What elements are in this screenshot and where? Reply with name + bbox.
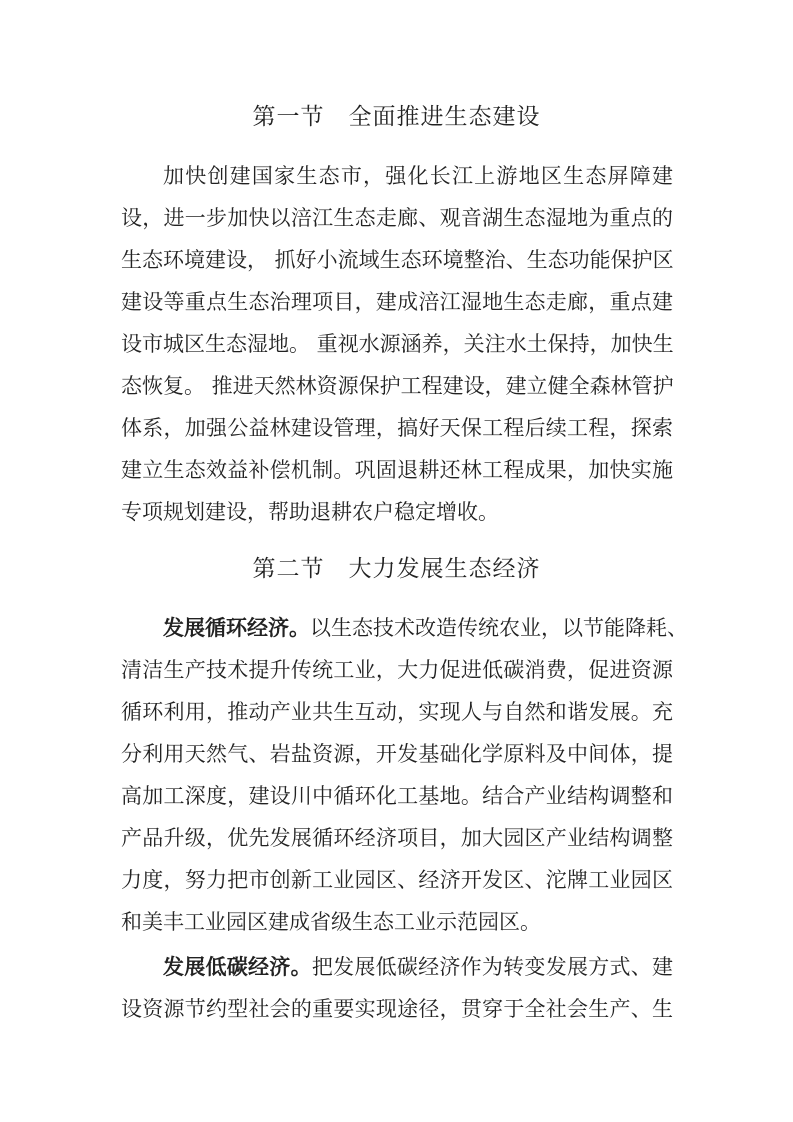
text-line: 设，进一步加快以涪江生态走廊、观音湖生态湿地为重点的 [121, 203, 673, 233]
text-line: 分利用天然气、岩盐资源，开发基础化学原料及中间体，提 [121, 739, 673, 769]
text-line: 加快创建国家生态市，强化长江上游地区生态屏障建 [163, 161, 673, 191]
section-number: 第二节 [253, 556, 325, 582]
text-line: 体系，加强公益林建设管理，搞好天保工程后续工程，探索 [121, 413, 673, 443]
text-line: 建设等重点生态治理项目，建成涪江湿地生态走廊，重点建 [121, 287, 673, 317]
text-line: 清洁生产技术提升传统工业，大力促进低碳消费，促进资源 [121, 655, 673, 685]
text-line: 设资源节约型社会的重要实现途径，贯穿于全社会生产、生 [121, 994, 673, 1024]
text-line: 态恢复。 推进天然林资源保护工程建设，建立健全森林管护 [121, 371, 673, 401]
text-line: 循环利用，推动产业共生互动，实现人与自然和谐发展。充 [121, 697, 673, 727]
paragraph-lead: 发展低碳经济。 [163, 955, 312, 979]
text-line: 高加工深度，建设川中循环化工基地。结合产业结构调整和 [121, 781, 673, 811]
text-line: 力度，努力把市创新工业园区、经济开发区、沱牌工业园区 [121, 865, 673, 895]
text-line: 建立生态效益补偿机制。巩固退耕还林工程成果，加快实施 [121, 455, 673, 485]
text-line: 产品升级，优先发展循环经济项目，加大园区产业结构调整 [121, 823, 673, 853]
document-page: 第一节全面推进生态建设 加快创建国家生态市，强化长江上游地区生态屏障建 设，进一… [0, 0, 793, 1122]
paragraph-text: 把发展低碳经济作为转变发展方式、建 [312, 955, 673, 979]
section-number: 第一节 [253, 104, 325, 130]
text-line: 专项规划建设，帮助退耕农户稳定增收。 [121, 497, 673, 527]
text-line: 生态环境建设， 抓好小流域生态环境整治、生态功能保护区 [121, 245, 673, 275]
section-title: 大力发展生态经济 [349, 556, 541, 582]
section-heading-2: 第二节大力发展生态经济 [0, 554, 793, 584]
paragraph-text: 以生态技术改造传统农业，以节能降耗、 [310, 616, 688, 640]
paragraph-lead: 发展循环经济。 [163, 616, 310, 640]
text-line: 和美丰工业园区建成省级生态工业示范园区。 [121, 907, 673, 937]
text-line: 发展低碳经济。把发展低碳经济作为转变发展方式、建 [163, 952, 673, 982]
section-heading-1: 第一节全面推进生态建设 [0, 102, 793, 132]
text-line: 设市城区生态湿地。 重视水源涵养，关注水土保持，加快生 [121, 329, 673, 359]
section-title: 全面推进生态建设 [349, 104, 541, 130]
text-line: 发展循环经济。以生态技术改造传统农业，以节能降耗、 [163, 613, 673, 643]
